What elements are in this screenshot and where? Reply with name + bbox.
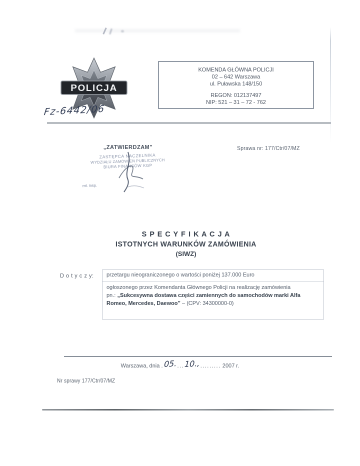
subject-cpv: – (CPV: 34300000-0) [180, 301, 233, 307]
sender-box: KOMENDA GŁÓWNA POLICJI 02 – 642 Warszawa… [158, 61, 314, 109]
sender-office: KOMENDA GŁÓWNA POLICJI [159, 67, 313, 74]
header-divider [47, 123, 331, 124]
subject-label: D o t y c z y: [60, 273, 94, 279]
signature-scribble [113, 149, 149, 195]
dateline-dots: ... [177, 363, 184, 369]
subject-row2-text: ogłoszonego przez Komendanta Głównego Po… [107, 285, 291, 291]
scan-smudge-mark [121, 30, 124, 33]
bottom-scan-edge [42, 409, 334, 411]
handwritten-day: 05. [164, 359, 177, 369]
sender-street: ul. Puławska 148/150 [159, 81, 313, 88]
dateline: Warszawa, dnia .05....10.,......... 2007… [0, 360, 360, 370]
right-scan-edge [330, 27, 331, 143]
dateline-dots: ......... [200, 363, 221, 369]
doc-title-line-1: S P E C Y F I K A C J A [18, 230, 354, 240]
subject-row-2: ogłoszonego przez Komendanta Głównego Po… [103, 282, 324, 308]
dateline-year: 2007 r. [221, 363, 239, 369]
case-number-top: Sprawa nr: 177/Ctr/07/MZ [237, 146, 300, 152]
subject-row-1: przetargu nieograniczonego o wartości po… [103, 270, 324, 282]
subject-prefix: pn.: [107, 293, 118, 299]
scan-smudge-band [75, 29, 240, 33]
police-banner-text: POLICJA [71, 83, 118, 94]
sender-regon: REGON: 012137497 [159, 92, 313, 99]
doc-title: S P E C Y F I K A C J A ISTOTNYCH WARUNK… [18, 230, 354, 259]
sender-nip: NIP: 521 – 31 – 72 - 762 [159, 99, 313, 106]
doc-title-line-2: ISTOTNYCH WARUNKÓW ZAMÓWIENIA [18, 240, 354, 250]
sender-postal: 02 – 642 Warszawa [159, 74, 313, 81]
handwritten-month: 10., [184, 358, 200, 369]
dateline-prefix: Warszawa, dnia [121, 363, 161, 369]
case-number-bottom: Nr sprawy 177/Ctr/07/MZ [57, 379, 115, 385]
subject-box: przetargu nieograniczonego o wartości po… [102, 270, 324, 320]
date-divider [64, 356, 332, 357]
doc-title-line-3: (SIWZ) [18, 249, 354, 259]
document-page: POLICJA KOMENDA GŁÓWNA POLICJI 02 – 642 … [0, 0, 360, 466]
